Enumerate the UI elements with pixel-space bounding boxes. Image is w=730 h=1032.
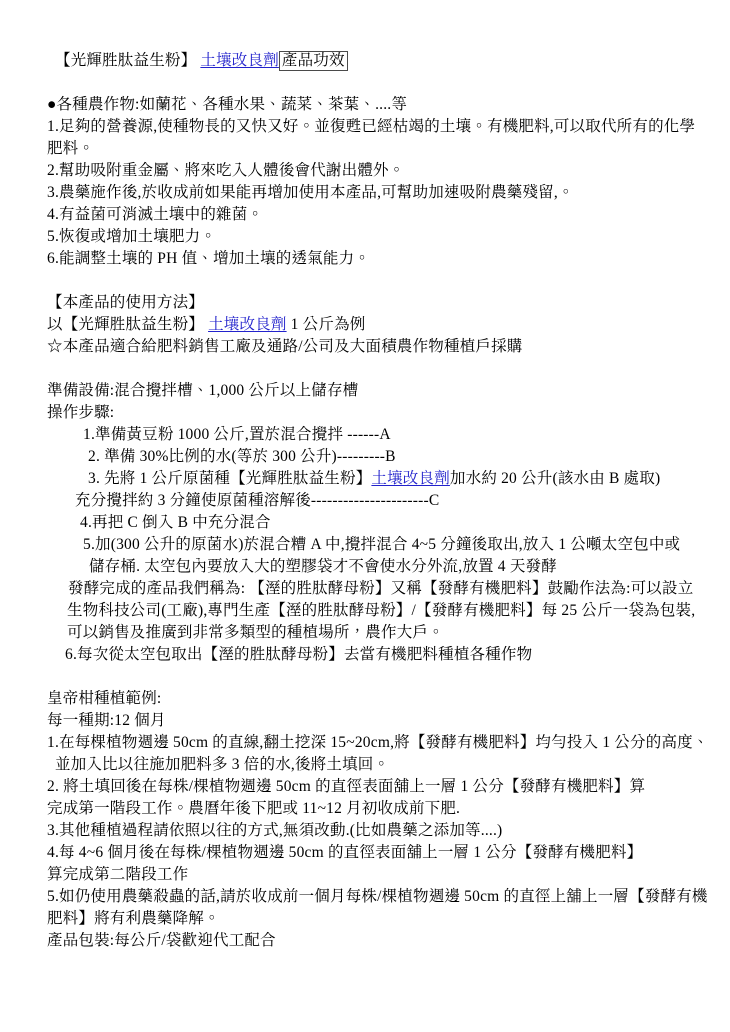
- document-page: 【光輝胜肽益生粉】 土壤改良劑產品功效 ●各種農作物:如蘭花、各種水果、蔬菜、茶…: [0, 0, 730, 1032]
- text-segment: 6.每次從太空包取出【溼的胜肽酵母粉】去當有機肥料種植各種作物: [65, 646, 532, 663]
- blank-line: [47, 270, 694, 292]
- text-segment: 2. 將土填回後在每株/棵植物週邊 50cm 的直徑表面舖上一層 1 公分【發酵…: [47, 778, 645, 795]
- text-segment: 4.每 4~6 個月後在每株/棵植物週邊 50cm 的直徑表面舖上一層 1 公分…: [47, 844, 642, 861]
- text-segment: 5.如仍使用農藥殺蟲的話,請於收成前一個月每株/棵植物週邊 50cm 的直徑上舖…: [47, 888, 708, 905]
- step-3: 3. 先將 1 公斤原菌種【光輝胜肽益生粉】土壤改良劑加水約 20 公升(該水由…: [47, 468, 694, 490]
- text-segment: 1.準備黃豆粉 1000 公斤,置於混合攪拌 ------A: [83, 426, 391, 443]
- text-segment: 【本產品的使用方法】: [47, 294, 204, 311]
- text-segment: 3. 先將 1 公斤原菌種【光輝胜肽益生粉】: [88, 470, 371, 487]
- doc-title: 【光輝胜肽益生粉】 土壤改良劑產品功效: [47, 50, 694, 72]
- text-segment: 1.在每棵植物週邊 50cm 的直線,翻土挖深 15~20cm,將【發酵有機肥料…: [47, 734, 709, 751]
- step-4: 4.再把 C 倒入 B 中充分混合: [47, 512, 694, 534]
- step-6: 6.每次從太空包取出【溼的胜肽酵母粉】去當有機肥料種植各種作物: [47, 644, 694, 666]
- example-item-4: 4.每 4~6 個月後在每株/棵植物週邊 50cm 的直徑表面舖上一層 1 公分…: [47, 842, 694, 864]
- text-segment: 3.農藥施作後,於收成前如果能再增加使用本產品,可幫助加速吸附農藥殘留,。: [47, 184, 574, 201]
- usage-target-line: ☆本產品適合給肥料銷售工廠及通路/公司及大面積農作物種植戶採購: [47, 336, 694, 358]
- efficacy-item-1-cont: 肥料。: [47, 138, 694, 160]
- text-segment: 3.其他種植過程請依照以往的方式,無須改動.(比如農藥之添加等....): [47, 822, 502, 839]
- text-segment: 4.有益菌可消滅土壤中的雜菌。: [47, 206, 263, 223]
- efficacy-item-6: 6.能調整土壤的 PH 值、增加土壤的透氣能力。: [47, 248, 694, 270]
- text-segment: 生物科技公司(工廠),專門生產【溼的胜肽酵母粉】/【發酵有機肥料】每 25 公斤…: [67, 602, 695, 619]
- text-segment: 發酵完成的產品我們稱為: 【溼的胜肽酵母粉】又稱【發酵有機肥料】鼓勵作法為:可以…: [68, 580, 693, 597]
- efficacy-item-3: 3.農藥施作後,於收成前如果能再增加使用本產品,可幫助加速吸附農藥殘留,。: [47, 182, 694, 204]
- crops-heading: ●各種農作物:如蘭花、各種水果、蔬菜、茶葉、....等: [47, 94, 694, 116]
- product-efficacy-boxed-label: 產品功效: [279, 51, 348, 71]
- example-item-1-cont: 並加入比以往施加肥料多 3 倍的水,後將土填回。: [47, 754, 694, 776]
- text-segment: 6.能調整土壤的 PH 值、增加土壤的透氣能力。: [47, 250, 370, 267]
- text-segment: 儲存桶. 太空包內要放入大的塑膠袋才不會使水分外流,放置 4 天發酵: [89, 558, 557, 575]
- text-segment: 每一種期:12 個月: [47, 712, 166, 729]
- example-item-5: 5.如仍使用農藥殺蟲的話,請於收成前一個月每株/棵植物週邊 50cm 的直徑上舖…: [47, 886, 694, 908]
- text-segment: 肥料。: [47, 140, 94, 157]
- text-segment: 操作步驟:: [47, 404, 114, 421]
- soil-improver-link[interactable]: 土壤改良劑: [371, 470, 450, 487]
- blank-line: [47, 72, 694, 94]
- text-segment: 算完成第二階段工作: [47, 866, 188, 883]
- blank-line: [47, 666, 694, 688]
- step-2: 2. 準備 30%比例的水(等於 300 公升)---------B: [47, 446, 694, 468]
- example-heading: 皇帝柑種植範例:: [47, 688, 694, 710]
- efficacy-item-5: 5.恢復或增加土壤肥力。: [47, 226, 694, 248]
- packaging-line: 產品包裝:每公斤/袋歡迎代工配合: [47, 930, 694, 952]
- text-segment: 1.足夠的營養源,使種物長的又快又好。並復甦已經枯竭的土壤。有機肥料,可以取代所…: [47, 118, 695, 135]
- ferment-note-3: 可以銷售及推廣到非常多類型的種植場所，農作大戶。: [47, 622, 694, 644]
- text-segment: 皇帝柑種植範例:: [47, 690, 161, 707]
- ferment-note-2: 生物科技公司(工廠),專門生產【溼的胜肽酵母粉】/【發酵有機肥料】每 25 公斤…: [47, 600, 694, 622]
- step-5: 5.加(300 公升的原菌水)於混合糟 A 中,攪拌混合 4~5 分鐘後取出,放…: [47, 534, 694, 556]
- usage-example-line: 以【光輝胜肽益生粉】 土壤改良劑 1 公斤為例: [47, 314, 694, 336]
- example-item-2: 2. 將土填回後在每株/棵植物週邊 50cm 的直徑表面舖上一層 1 公分【發酵…: [47, 776, 694, 798]
- step-3-cont: 充分攪拌約 3 分鐘使原菌種溶解後----------------------C: [47, 490, 694, 512]
- text-segment: 並加入比以往施加肥料多 3 倍的水,後將土填回。: [55, 756, 389, 773]
- usage-heading: 【本產品的使用方法】: [47, 292, 694, 314]
- text-segment: 可以銷售及推廣到非常多類型的種植場所，農作大戶。: [67, 624, 444, 641]
- text-segment: 產品包裝:每公斤/袋歡迎代工配合: [47, 932, 276, 949]
- efficacy-item-2: 2.幫助吸附重金屬、將來吃入人體後會代謝出體外。: [47, 160, 694, 182]
- text-segment: 5.恢復或增加土壤肥力。: [47, 228, 216, 245]
- example-item-2-cont: 完成第一階段工作。農曆年後下肥或 11~12 月初收成前下肥.: [47, 798, 694, 820]
- step-5-cont: 儲存桶. 太空包內要放入大的塑膠袋才不會使水分外流,放置 4 天發酵: [47, 556, 694, 578]
- step-1: 1.準備黃豆粉 1000 公斤,置於混合攪拌 ------A: [47, 424, 694, 446]
- soil-improver-link[interactable]: 土壤改良劑: [200, 52, 279, 69]
- text-segment: 2. 準備 30%比例的水(等於 300 公升)---------B: [88, 448, 396, 465]
- text-segment: 5.加(300 公升的原菌水)於混合糟 A 中,攪拌混合 4~5 分鐘後取出,放…: [83, 536, 680, 553]
- example-period-line: 每一種期:12 個月: [47, 710, 694, 732]
- blank-line: [47, 358, 694, 380]
- text-segment: 充分攪拌約 3 分鐘使原菌種溶解後----------------------C: [75, 492, 439, 509]
- text-segment: 【光輝胜肽益生粉】: [55, 52, 200, 69]
- ferment-note-1: 發酵完成的產品我們稱為: 【溼的胜肽酵母粉】又稱【發酵有機肥料】鼓勵作法為:可以…: [47, 578, 694, 600]
- example-item-4-cont: 算完成第二階段工作: [47, 864, 694, 886]
- text-segment: 1 公斤為例: [287, 316, 366, 333]
- example-item-5-cont: 肥料】將有利農藥降解。: [47, 908, 694, 930]
- text-segment: 4.再把 C 倒入 B 中充分混合: [80, 514, 271, 531]
- soil-improver-link[interactable]: 土壤改良劑: [208, 316, 287, 333]
- text-segment: 肥料】將有利農藥降解。: [47, 910, 220, 927]
- text-segment: ☆本產品適合給肥料銷售工廠及通路/公司及大面積農作物種植戶採購: [47, 338, 523, 355]
- steps-heading: 操作步驟:: [47, 402, 694, 424]
- efficacy-item-4: 4.有益菌可消滅土壤中的雜菌。: [47, 204, 694, 226]
- text-segment: 2.幫助吸附重金屬、將來吃入人體後會代謝出體外。: [47, 162, 404, 179]
- equipment-line: 準備設備:混合攪拌槽、1,000 公斤以上儲存槽: [47, 380, 694, 402]
- text-segment: 以【光輝胜肽益生粉】: [47, 316, 208, 333]
- text-segment: 加水約 20 公升(該水由 B 處取): [450, 470, 660, 487]
- example-item-3: 3.其他種植過程請依照以往的方式,無須改動.(比如農藥之添加等....): [47, 820, 694, 842]
- efficacy-item-1: 1.足夠的營養源,使種物長的又快又好。並復甦已經枯竭的土壤。有機肥料,可以取代所…: [47, 116, 694, 138]
- text-segment: ●各種農作物:如蘭花、各種水果、蔬菜、茶葉、....等: [47, 96, 407, 113]
- example-item-1: 1.在每棵植物週邊 50cm 的直線,翻土挖深 15~20cm,將【發酵有機肥料…: [47, 732, 694, 754]
- text-segment: 完成第一階段工作。農曆年後下肥或 11~12 月初收成前下肥.: [47, 800, 460, 817]
- text-segment: 準備設備:混合攪拌槽、1,000 公斤以上儲存槽: [47, 382, 358, 399]
